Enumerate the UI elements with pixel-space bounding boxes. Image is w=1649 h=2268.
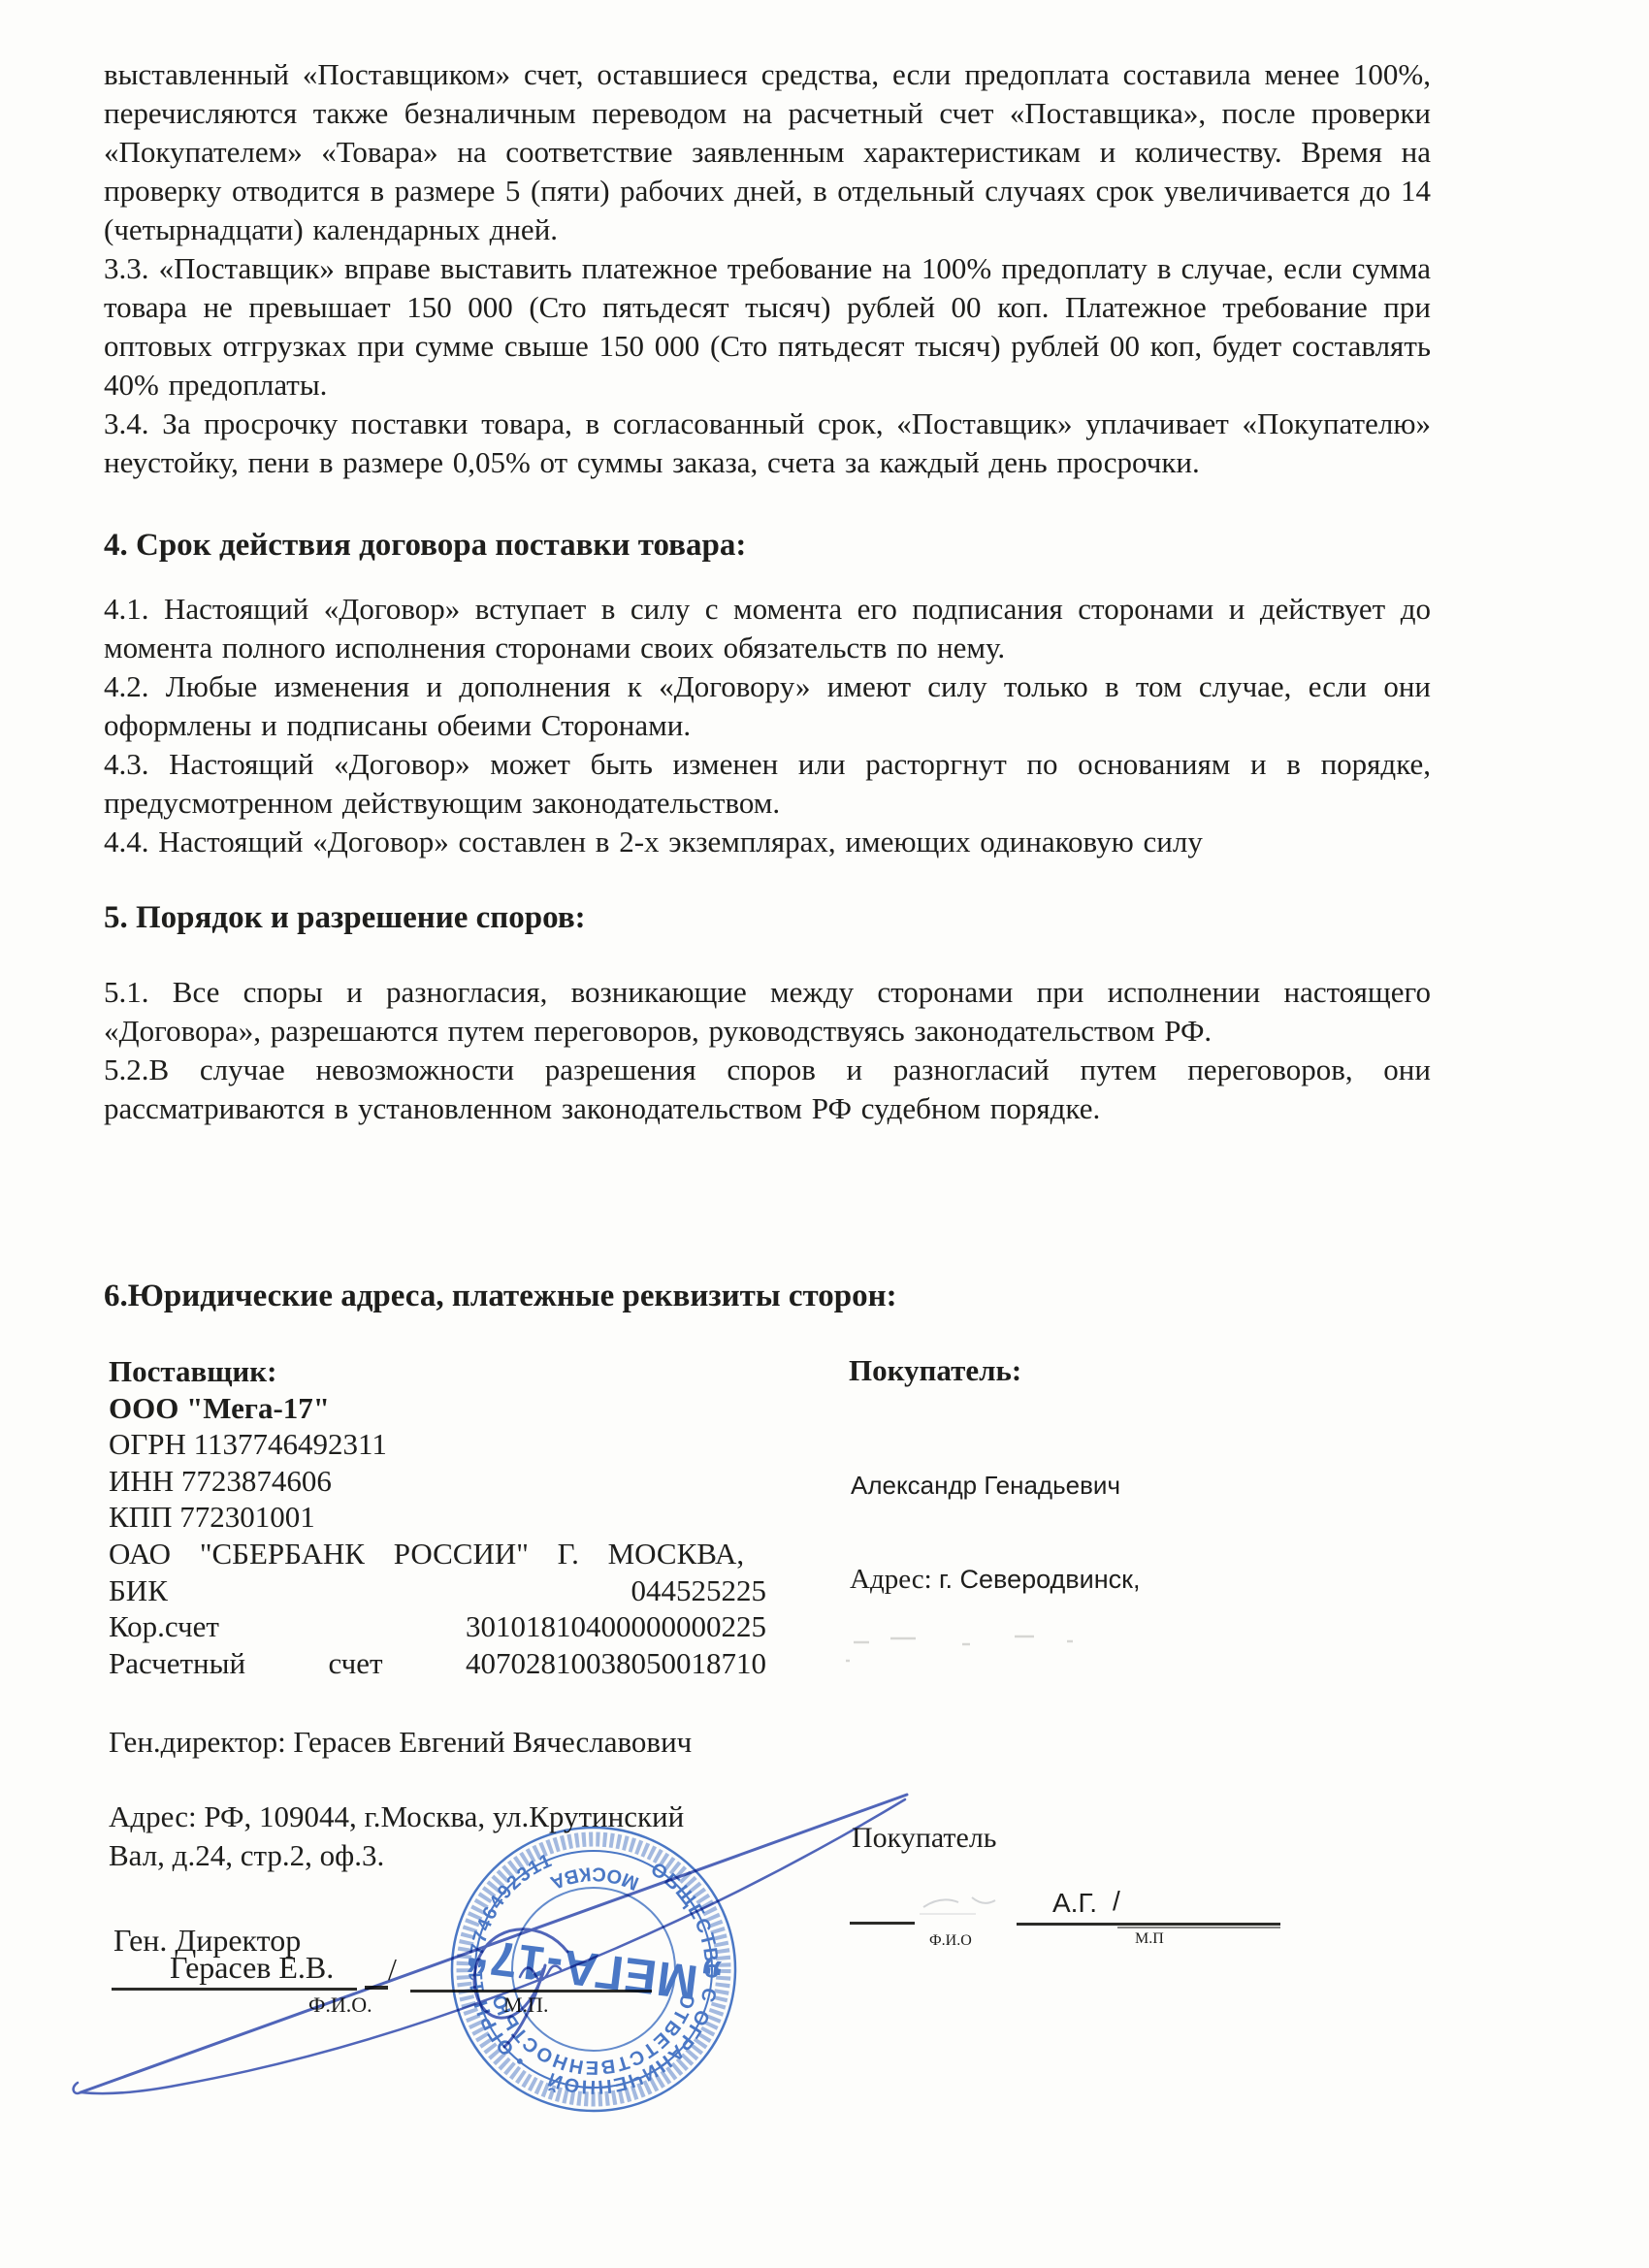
buyer-fio-line xyxy=(850,1922,915,1925)
paragraph-3-3: 3.3. «Поставщик» вправе выставить платеж… xyxy=(104,249,1431,405)
supplier-mp-label: М.П. xyxy=(503,1993,548,2018)
buyer-initials: А.Г. xyxy=(1052,1888,1097,1919)
signature-zigzag xyxy=(520,1965,561,1980)
buyer-mp-label: М.П xyxy=(1135,1930,1164,1948)
paragraph-4-3: 4.3. Настоящий «Договор» может быть изме… xyxy=(104,745,1431,823)
bik-value: 044525225 xyxy=(631,1572,767,1609)
supplier-company: ООО "Мега-17" xyxy=(109,1390,766,1427)
buyer-sign-caption: Покупатель xyxy=(852,1822,997,1855)
buyer-sign-slash: / xyxy=(1113,1886,1120,1917)
paragraph-4-2: 4.2. Любые изменения и дополнения к «Дог… xyxy=(104,667,1431,745)
buyer-address-line: Адрес: г. Северодвинск, xyxy=(850,1564,1140,1596)
settlement-label-word1: Расчетный xyxy=(109,1645,245,1682)
paragraph-5-2: 5.2.В случае невозможности разрешения сп… xyxy=(104,1051,1431,1128)
supplier-ogrn: ОГРН 1137746492311 xyxy=(109,1426,766,1463)
stamp-center-text: „МЕГА-17“ xyxy=(462,1928,726,2013)
stamp-ring-text-ogrn: • ОГРН 1137746492311 xyxy=(466,1850,556,2071)
settlement-label-word2: счет xyxy=(329,1645,383,1682)
supplier-address-line1: Адрес: РФ, 109044, г.Москва, ул.Крутинск… xyxy=(109,1798,684,1836)
section4-heading: 4. Срок действия договора поставки товар… xyxy=(104,523,1431,567)
supplier-director-line: Ген.директор: Герасев Евгений Вячеславов… xyxy=(109,1723,692,1762)
corr-account-label: Кор.счет xyxy=(109,1608,219,1645)
buyer-title: Покупатель: xyxy=(849,1353,1021,1388)
supplier-kpp: КПП 772301001 xyxy=(109,1499,766,1536)
buyer-stamp-line-double xyxy=(1117,1927,1280,1928)
supplier-fio-label: Ф.И.О. xyxy=(308,1993,372,2018)
stamp-ring-text-main: ОБЩЕСТВО С ОГРАНИЧЕННОЙ xyxy=(543,1859,722,2097)
buyer-address-value: г. Северодвинск, xyxy=(939,1565,1140,1594)
supplier-bik-row: БИК 044525225 xyxy=(109,1572,766,1609)
supplier-inn: ИНН 7723874606 xyxy=(109,1463,766,1500)
supplier-settlement-account-row: Расчетный счет 40702810038050018710 xyxy=(109,1645,766,1682)
erased-signature-marks xyxy=(920,1897,995,1914)
buyer-address-label: Адрес: xyxy=(850,1564,932,1595)
paragraph-prepayment-continuation: выставленный «Поставщиком» счет, оставши… xyxy=(104,55,1431,249)
buyer-stamp-line xyxy=(1017,1923,1280,1926)
company-stamp: ОБЩЕСТВО С ОГРАНИЧЕННОЙ • ОГРН 113774649… xyxy=(452,1828,735,2111)
section5-heading: 5. Порядок и разрешение споров: xyxy=(104,895,1431,940)
supplier-requisites-column: Поставщик: ООО "Мега-17" ОГРН 1137746492… xyxy=(109,1353,766,1681)
supplier-corr-account-row: Кор.счет 30101810400000000225 xyxy=(109,1608,766,1645)
corr-account-value: 30101810400000000225 xyxy=(466,1608,766,1645)
paragraph-5-1: 5.1. Все споры и разногласия, возникающи… xyxy=(104,973,1431,1051)
bik-label: БИК xyxy=(109,1572,168,1609)
stamp-ring-text-city: МОСКВА xyxy=(545,1863,641,1894)
contract-body: выставленный «Поставщиком» счет, оставши… xyxy=(104,55,1431,1318)
buyer-fio-label: Ф.И.О xyxy=(929,1932,972,1950)
stamp-outer-circle xyxy=(452,1828,735,2111)
signature-tip-hook xyxy=(74,2083,81,2093)
supplier-bank-line: ОАО "СБЕРБАНК РОССИИ" Г. МОСКВА, xyxy=(109,1536,766,1572)
stamp-inner-border-circle xyxy=(475,1851,712,2088)
paragraph-3-4: 3.4. За просрочку поставки товара, в сог… xyxy=(104,405,1431,482)
supplier-signature-dash xyxy=(365,1986,388,1990)
section5-body: 5.1. Все споры и разногласия, возникающи… xyxy=(104,973,1431,1128)
erased-address-line-marks xyxy=(846,1636,1073,1661)
supplier-sign-slash: / xyxy=(388,1952,397,1988)
supplier-address-line2: Вал, д.24, стр.2, оф.3. xyxy=(109,1836,384,1875)
buyer-name: Александр Генадьевич xyxy=(851,1471,1120,1501)
section4-body: 4.1. Настоящий «Договор» вступает в силу… xyxy=(104,590,1431,861)
section6-heading: 6.Юридические адреса, платежные реквизит… xyxy=(104,1274,1431,1318)
paragraph-4-4: 4.4. Настоящий «Договор» составлен в 2-х… xyxy=(104,823,1431,861)
scanned-contract-page: выставленный «Поставщиком» счет, оставши… xyxy=(0,0,1649,2268)
stamp-center-circle xyxy=(512,1888,675,2051)
paragraph-4-1: 4.1. Настоящий «Договор» вступает в силу… xyxy=(104,590,1431,667)
supplier-title: Поставщик: xyxy=(109,1353,766,1390)
settlement-value: 40702810038050018710 xyxy=(466,1645,766,1682)
stamp-meander-ring xyxy=(464,1839,724,2099)
supplier-sign-name: Герасев Е.В. xyxy=(170,1950,334,1986)
supplier-signature-line xyxy=(112,1988,357,1991)
